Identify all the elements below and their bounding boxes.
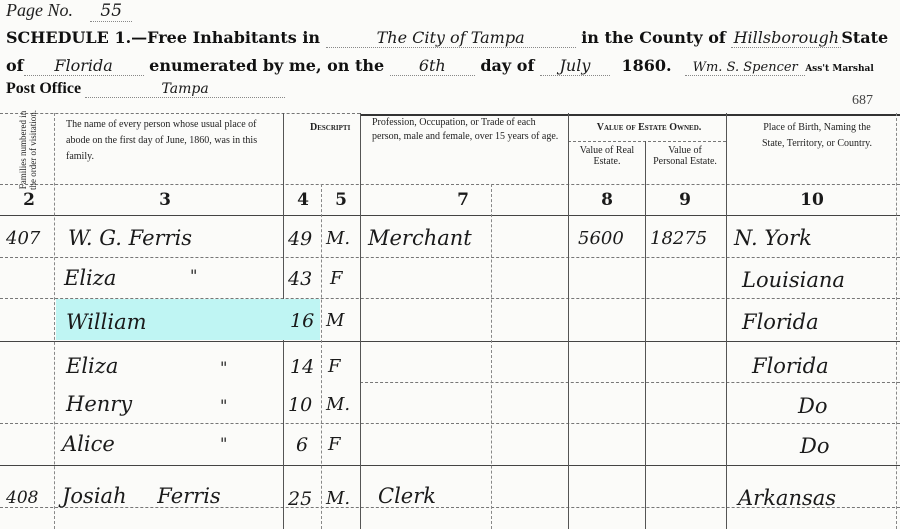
person-name: Josiah Ferris [62,484,221,508]
person-name: W. G. Ferris [68,226,192,250]
marshal-label: Ass't Marshal [805,64,874,74]
county-label: in the County of [581,28,726,47]
person-age: 6 [296,434,308,456]
post-office-line: Post Office Tampa [6,80,285,98]
col-number-3: 3 [150,190,180,210]
page-number: 55 [90,1,132,22]
person-sex: F [330,268,343,289]
of-label: of [6,56,24,75]
marshal-name: Wm. S. Spencer [685,60,805,76]
row-line [360,382,900,383]
birthplace: Do [798,394,827,418]
col-number-2: 2 [14,190,44,210]
schedule-line: SCHEDULE 1.—Free Inhabitants in The City… [6,28,888,48]
description-header: Descripti [310,122,350,133]
real-estate-value: 5600 [578,228,624,249]
state-label: State [841,28,888,47]
birthplace: Florida [742,310,819,334]
person-occupation: Clerk [378,484,436,508]
person-name: William [66,310,147,334]
column-number-divider [0,215,900,216]
ditto-mark: " [220,434,227,453]
birthplace: Louisiana [742,268,845,292]
month-value: July [540,56,610,76]
birthplace: Florida [752,354,829,378]
day-value: 6th [390,56,475,76]
col-divider [54,113,55,529]
county-value: Hillsborough [731,28,841,48]
birthplace: Do [800,434,829,458]
person-age: 25 [288,488,312,510]
person-name: Eliza [66,354,118,378]
col-number-5: 5 [326,190,356,210]
col2-header: Families numbered in the order of visita… [18,110,38,190]
col-divider [491,184,492,529]
col-divider [726,113,727,529]
stamp-number: 687 [852,93,873,109]
page-number-line: Page No. 55 [6,0,132,21]
person-name: Alice [62,432,115,456]
col-number-9: 9 [670,190,700,210]
person-name: Eliza [64,266,116,290]
ditto-mark: " [220,396,227,415]
person-occupation: Merchant [368,226,472,250]
estate-subdivider [568,141,726,142]
col-divider [568,113,569,529]
enumeration-line: ofFlorida enumerated by me, on the 6th d… [6,56,874,76]
person-age: 14 [290,356,314,378]
ditto-mark: " [190,266,197,285]
personal-estate-value: 18275 [650,228,707,249]
page-label: Page No. [6,0,73,20]
post-office-value: Tampa [85,81,285,98]
birthplace: Arkansas [738,486,836,510]
place-value: The City of Tampa [326,28,576,48]
person-sex: M. [326,488,350,509]
post-office-label: Post Office [6,80,81,97]
col7-header: Profession, Occupation, or Trade of each… [372,116,564,144]
col-divider [645,141,646,529]
col-divider [321,184,322,529]
col-divider [360,113,361,529]
col9-header: Value of Personal Estate. [652,145,718,167]
person-age: 49 [288,228,312,250]
row-line [0,341,900,342]
person-sex: F [328,356,341,377]
col3-header: The name of every person whose usual pla… [66,117,278,165]
birthplace: N. York [734,226,812,250]
state-value: Florida [24,56,144,76]
person-age: 43 [288,268,312,290]
estate-header: Value of Estate Owned. [574,122,724,133]
col-number-8: 8 [592,190,622,210]
family-number: 408 [6,488,38,508]
col-number-10: 10 [792,190,832,210]
person-sex: M. [326,228,350,249]
row-line [0,423,900,424]
person-sex: M [326,310,344,331]
family-number: 407 [6,228,40,249]
day-of-label: day of [480,56,534,75]
person-name: Henry [66,392,132,416]
col-divider [896,113,897,529]
schedule-label: SCHEDULE 1.—Free Inhabitants in [6,28,320,47]
row-line [0,465,900,466]
person-sex: M. [326,394,350,415]
col-number-4: 4 [288,190,318,210]
person-age: 10 [288,394,312,416]
col8-header: Value of Real Estate. [574,145,640,167]
row-line [0,257,900,258]
person-age: 16 [290,310,314,332]
col-number-7: 7 [448,190,478,210]
ditto-mark: " [220,358,227,377]
col10-header: Place of Birth, Naming the State, Territ… [752,120,882,152]
header-divider [0,184,900,185]
year-value: 1860. [622,56,672,75]
person-sex: F [328,434,341,455]
enumerated-label: enumerated by me, on the [149,56,384,75]
